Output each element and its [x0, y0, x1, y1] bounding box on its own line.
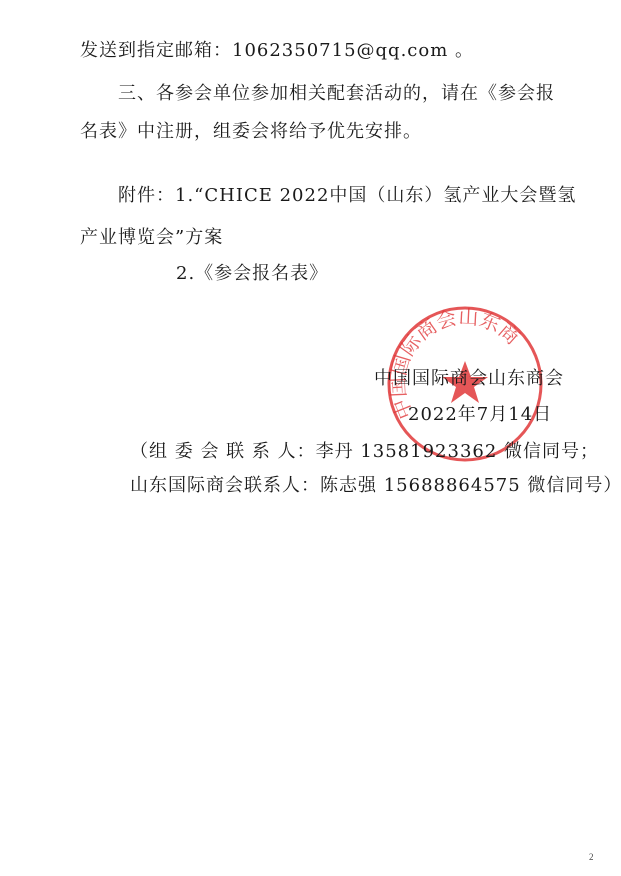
issuing-organization: 中国国际商会山东商会: [374, 368, 564, 390]
item-three-line1: 三、各参会单位参加相关配套活动的，请在《参会报: [118, 83, 555, 105]
contact-line-1: （组 委 会 联 系 人：李丹 13581923362 微信同号；: [130, 441, 599, 463]
attachment-1-line1: 附件：1.“CHICE 2022中国（山东）氢产业大会暨氢: [118, 185, 576, 207]
issue-date: 2022年7月14日: [408, 404, 552, 426]
item-three-line2: 名表》中注册，组委会将给予优先安排。: [80, 121, 422, 143]
attachment-2: 2.《参会报名表》: [176, 263, 328, 285]
contact-line-2: 山东国际商会联系人：陈志强 15688864575 微信同号）: [130, 475, 621, 497]
attachment-1-line2: 产业博览会”方案: [80, 227, 223, 249]
email-line: 发送到指定邮箱：1062350715@qq.com 。: [80, 40, 474, 62]
page-number: 2: [589, 852, 594, 862]
